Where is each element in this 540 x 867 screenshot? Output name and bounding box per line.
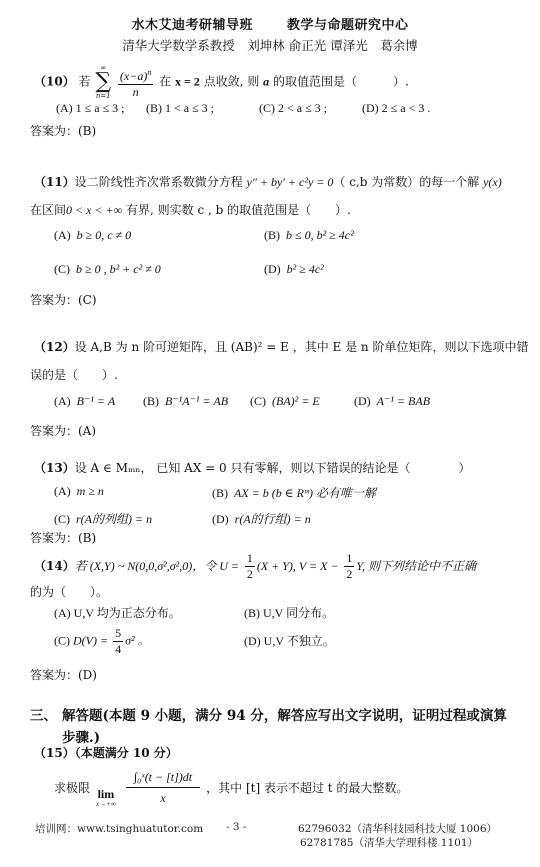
option-d: (D) b² ≥ 4c²: [264, 262, 324, 277]
question-12-stem-line1: （12）设 A,B 为 n 阶可逆矩阵，且 (AB)² = E ，其中 E 是 …: [34, 338, 528, 355]
header-center: 教学与命题研究中心: [287, 18, 409, 33]
option-c: (C) b ≥ 0 , b² + c² ≠ 0: [54, 262, 161, 277]
answer-14: 答案为：(D): [30, 666, 97, 683]
header-authors: 清华大学数学系教授 刘坤林 俞正光 谭泽光 葛余博: [0, 36, 540, 54]
fraction: 12: [344, 551, 354, 582]
question-10-stem: （10） 若 ∞∑n=1 (x−a)nn 在 x = 2 点收敛, 则 a 的取…: [34, 64, 409, 100]
footer-phone2: 62781785（清华大学理科楼 1101）: [300, 835, 478, 850]
fraction: 12: [245, 551, 255, 582]
answer-11: 答案为：(C): [30, 291, 97, 308]
option-b: (B) b ≤ 0, b² ≥ 4c²: [264, 228, 354, 243]
question-11-stem-line1: （11）设二阶线性齐次常系数微分方程 y″ + by′ + c²y = 0（ c…: [34, 173, 502, 190]
header-school: 水木艾迪考研辅导班: [131, 18, 253, 33]
fraction: ∫₀ˣ(t − [t])dt x: [126, 767, 200, 808]
option-d: (D) 2 ≤ a < 3 .: [362, 101, 430, 116]
option-b: (B) 1 < a ≤ 3 ;: [146, 101, 214, 116]
option-c: (C) r(A的列组) = n: [54, 510, 152, 527]
option-d: (D) U,V 不独立。: [244, 632, 335, 649]
fraction: 54: [113, 626, 123, 657]
option-c: (C) (BA)² = E: [250, 394, 320, 409]
option-a: (A) U,V 均为正态分布。: [54, 604, 181, 621]
question-number: （10）: [34, 75, 75, 89]
question-15-header: （15）（本题满分 10 分）: [34, 744, 178, 761]
option-b: (B) AX = b (b ∈ Rᵐ) 必有唯一解: [212, 484, 376, 501]
option-c: (C) D(V) = 54σ² 。: [54, 626, 150, 657]
fraction: (x−a)nn: [118, 65, 153, 100]
question-14-stem-line1: （14）若 (X,Y) ~ N(0,0,σ²,σ²,0)，令 U = 12(X …: [34, 551, 476, 582]
question-10-options: (A) 1 ≤ a ≤ 3 ;: [56, 101, 125, 116]
section-title-line1: 解答题(本题 9 小题，满分 94 分，解答应写出文字说明，证明过程或演算: [62, 704, 507, 724]
option-a: (A) B⁻¹ = A: [54, 394, 115, 409]
section-numeral: 三、: [30, 704, 57, 724]
option-b: (B) B⁻¹A⁻¹ = AB: [143, 394, 228, 409]
answer-10: 答案为：(B): [30, 122, 96, 139]
question-14-stem-line2: 的为（ ）。: [30, 583, 108, 600]
option-d: (D) r(A的行组) = n: [212, 510, 311, 527]
page-number: - 3 -: [226, 821, 246, 833]
summation-symbol: ∞∑n=1: [95, 64, 111, 100]
limit-operator: lim x→+∞: [96, 766, 116, 808]
option-b: (B) U,V 同分布。: [244, 604, 334, 621]
question-15-expression: 求极限 lim x→+∞ ∫₀ˣ(t − [t])dt x ，其中 [t] 表示…: [54, 766, 408, 808]
option-a: (A) m ≥ n: [54, 484, 104, 499]
question-12-stem-line2: 误的是（ ）.: [30, 366, 118, 383]
answer-13: 答案为：(B): [30, 529, 96, 546]
footer-website: 培训网：www.tsinghuatutor.com: [35, 821, 203, 836]
document-header-title: 水木艾迪考研辅导班 教学与命题研究中心: [0, 14, 540, 33]
section-title-line2: 步骤.): [62, 726, 100, 746]
option-c: (C) 2 < a ≤ 3 ;: [259, 101, 327, 116]
option-d: (D) A⁻¹ = BAB: [354, 394, 430, 409]
option-a: (A) b ≥ 0, c ≠ 0: [54, 228, 131, 243]
answer-12: 答案为：(A): [30, 422, 96, 439]
question-13-stem: （13）设 A ∈ Mₘₙ， 已知 AX = 0 只有零解，则以下错误的结论是（…: [34, 459, 471, 476]
question-11-stem-line2: 在区间0 < x < +∞ 有界, 则实数 c , b 的取值范围是（ ）.: [30, 201, 351, 218]
footer-phone1: 62796032（清华科技园科技大厦 1006）: [298, 821, 497, 836]
